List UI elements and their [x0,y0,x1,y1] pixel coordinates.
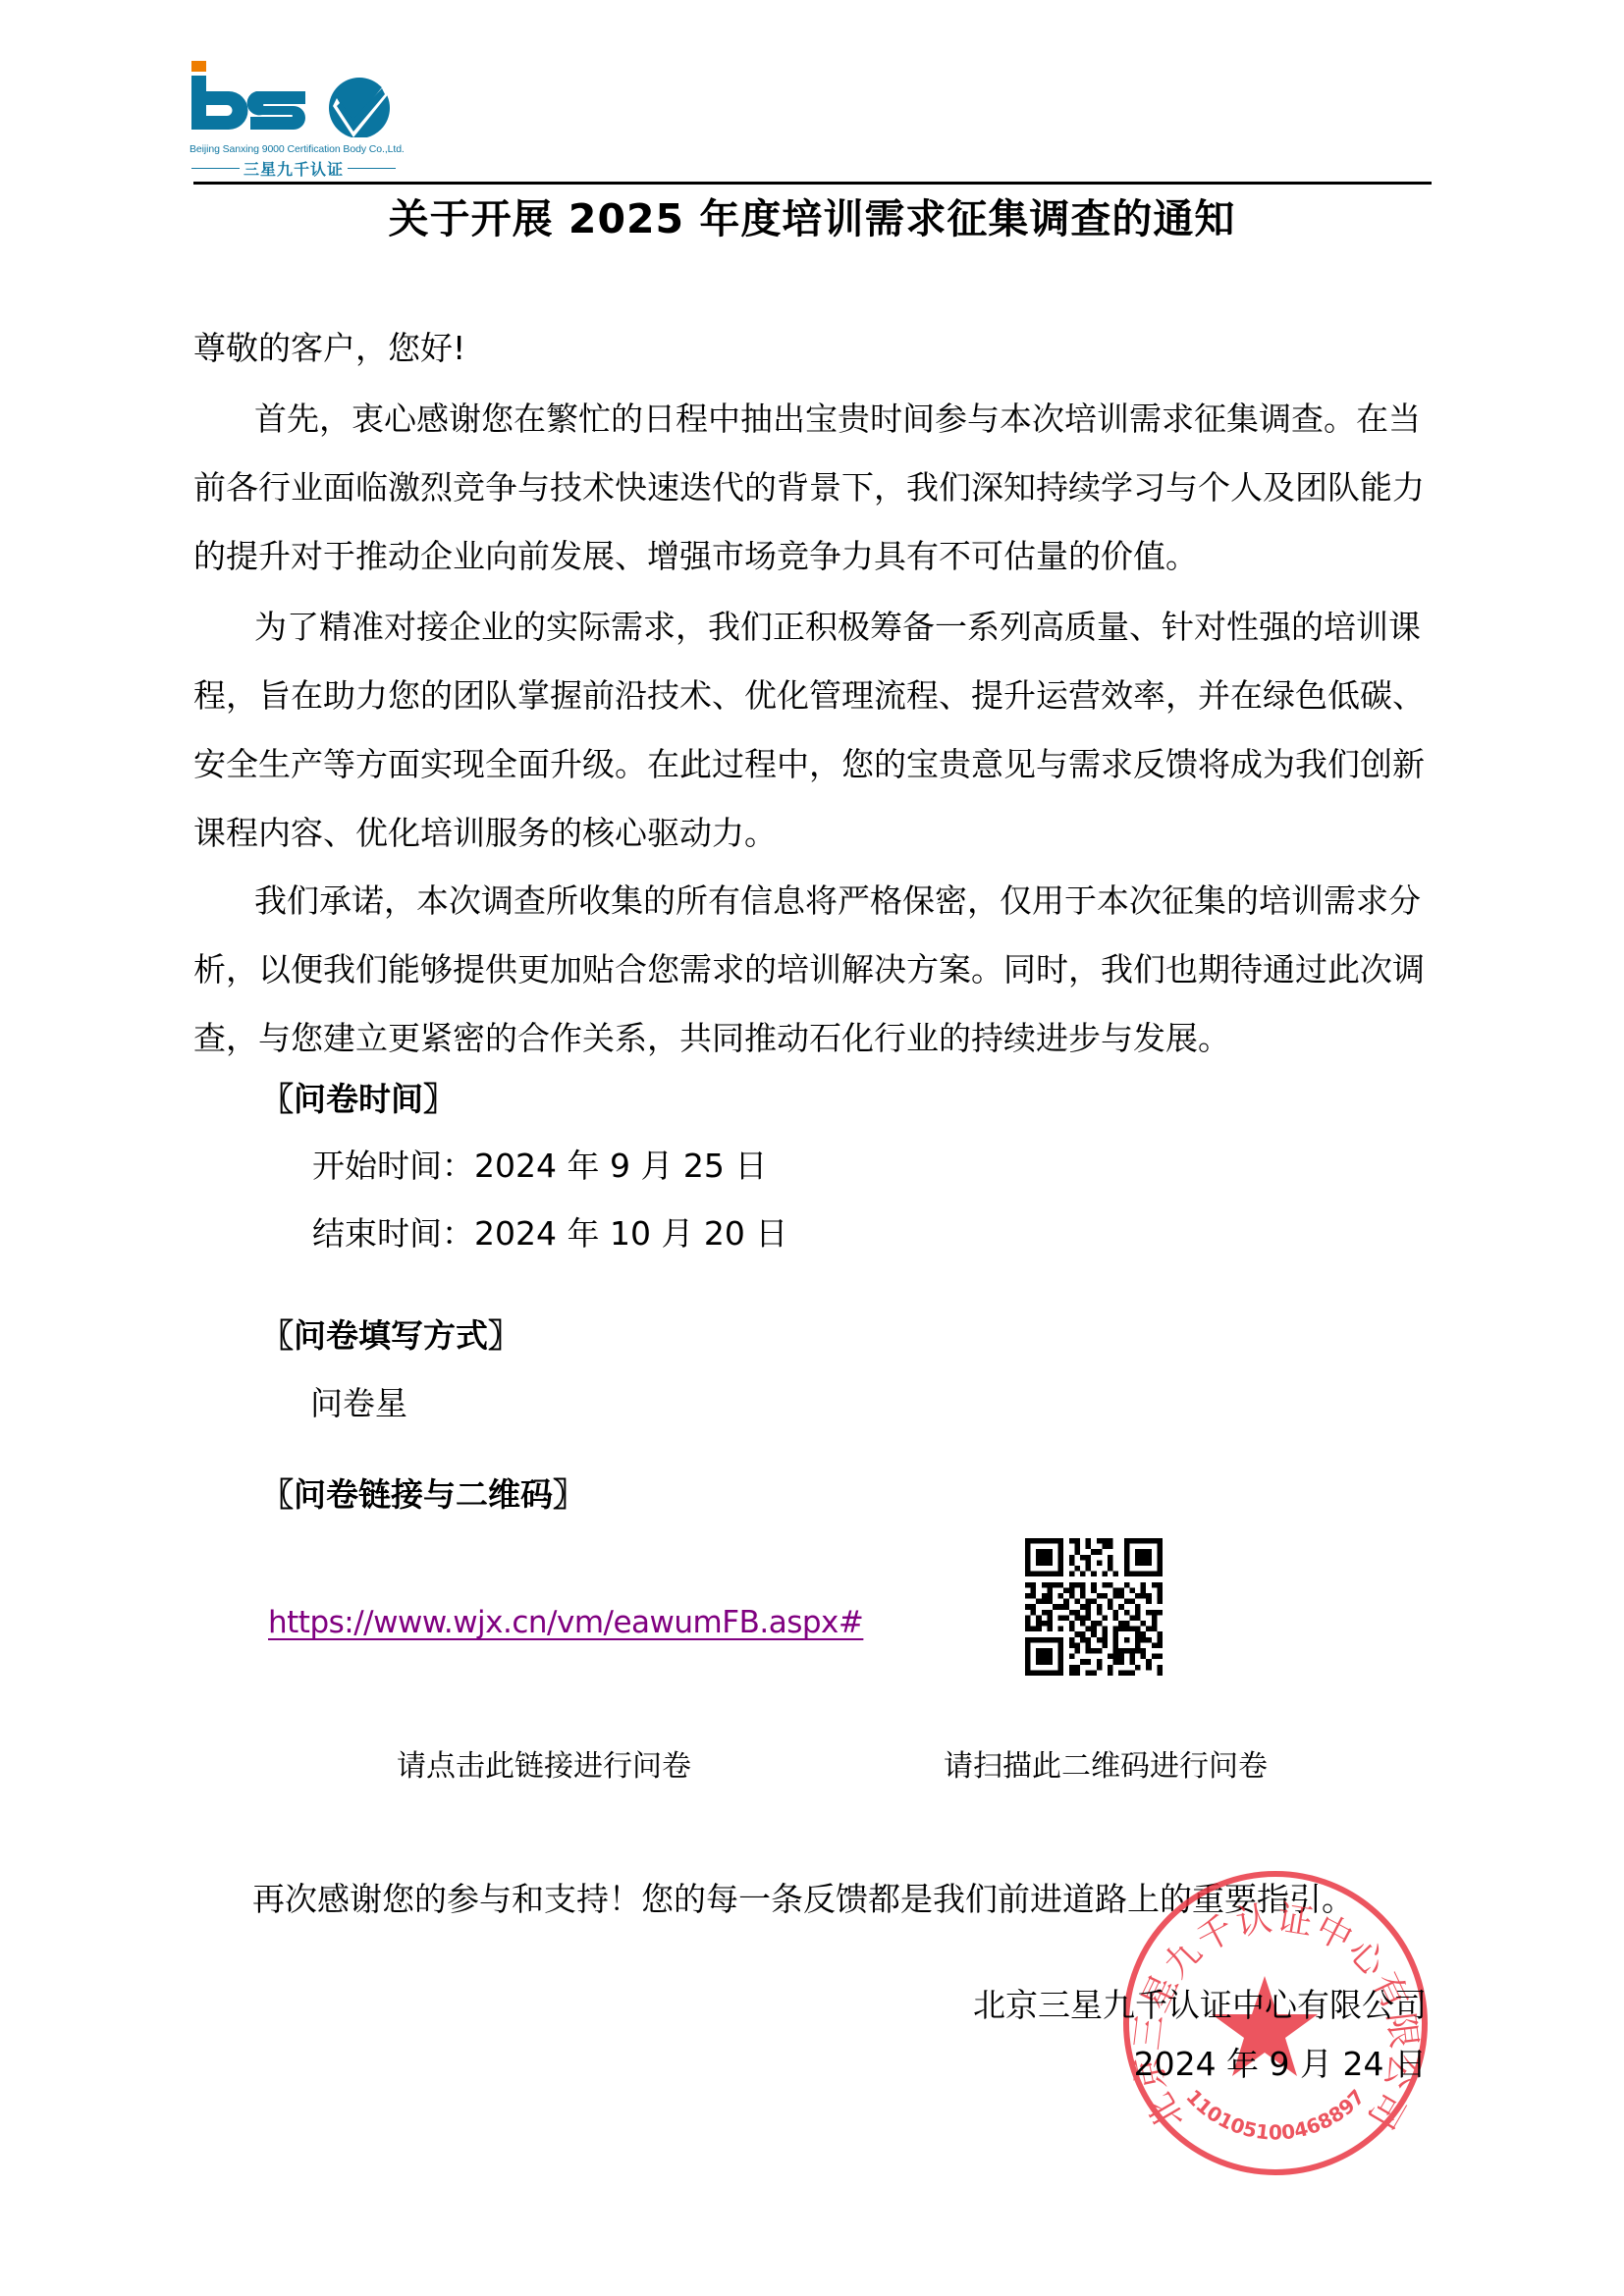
paragraph-3: 我们承诺，本次调查所收集的所有信息将严格保密，仅用于本次征集的培训需求分 析，以… [193,867,1425,1073]
paragraph-line: 前各行业面临激烈竞争与技术快速迭代的背景下，我们深知持续学习与个人及团队能力 [193,454,1425,522]
survey-method-value: 问卷星 [310,1369,407,1438]
logo-divider [191,168,240,169]
logo-chinese-row: 三星九千认证 [191,158,396,178]
signature-company: 北京三星九千认证中心有限公司 [973,1976,1427,2035]
paragraph-line: 安全生产等方面实现全面升级。在此过程中，您的宝贵意见与需求反馈将成为我们创新 [193,730,1425,799]
paragraph-line: 析，以便我们能够提供更加贴合您需求的培训解决方案。同时，我们也期待通过此次调 [193,935,1425,1004]
survey-end-time: 结束时间：2024 年 10 月 20 日 [312,1200,787,1268]
paragraph-line: 课程内容、优化培训服务的核心驱动力。 [193,799,1425,868]
paragraph-2: 为了精准对接企业的实际需求，我们正积极筹备一系列高质量、针对性强的培训课 程，旨… [193,593,1425,868]
survey-link[interactable]: https://www.wjx.cn/vm/eawumFB.aspx# [268,1598,863,1647]
document-title: 关于开展 2025 年度培训需求征集调查的通知 [0,194,1624,243]
qr-caption: 请扫描此二维码进行问卷 [944,1742,1268,1791]
survey-method-heading: 〖问卷填写方式〗 [261,1302,520,1370]
paragraph-line: 程，旨在助力您的团队掌握前沿技术、优化管理流程、提升运营效率，并在绿色低碳、 [193,662,1425,730]
survey-link-heading: 〖问卷链接与二维码〗 [261,1461,585,1529]
bsc-logo-mark-icon [189,59,401,137]
greeting: 尊敬的客户，您好! [193,314,465,383]
signature-date: 2024 年 9 月 24 日 [1134,2035,1427,2094]
logo-english-name: Beijing Sanxing 9000 Certification Body … [189,143,405,155]
paragraph-line: 的提升对于推动企业向前发展、增强市场竞争力具有不可估量的价值。 [193,522,1425,591]
logo-divider [348,168,396,169]
link-caption: 请点击此链接进行问卷 [397,1742,691,1791]
header-rule [193,182,1432,185]
paragraph-line: 为了精准对接企业的实际需求，我们正积极筹备一系列高质量、针对性强的培训课 [193,593,1425,662]
survey-start-time: 开始时间：2024 年 9 月 25 日 [312,1132,767,1201]
paragraph-1: 首先，衷心感谢您在繁忙的日程中抽出宝贵时间参与本次培训需求征集调查。在当 前各行… [193,385,1425,591]
logo-chinese-name: 三星九千认证 [240,157,348,180]
survey-time-heading: 〖问卷时间〗 [261,1065,456,1134]
qr-code-icon[interactable] [1025,1538,1163,1676]
paragraph-line: 我们承诺，本次调查所收集的所有信息将严格保密，仅用于本次征集的培训需求分 [193,867,1425,935]
company-logo: Beijing Sanxing 9000 Certification Body … [189,59,415,182]
paragraph-line: 查，与您建立更紧密的合作关系，共同推动石化行业的持续进步与发展。 [193,1004,1425,1073]
paragraph-line: 首先，衷心感谢您在繁忙的日程中抽出宝贵时间参与本次培训需求征集调查。在当 [193,385,1425,454]
